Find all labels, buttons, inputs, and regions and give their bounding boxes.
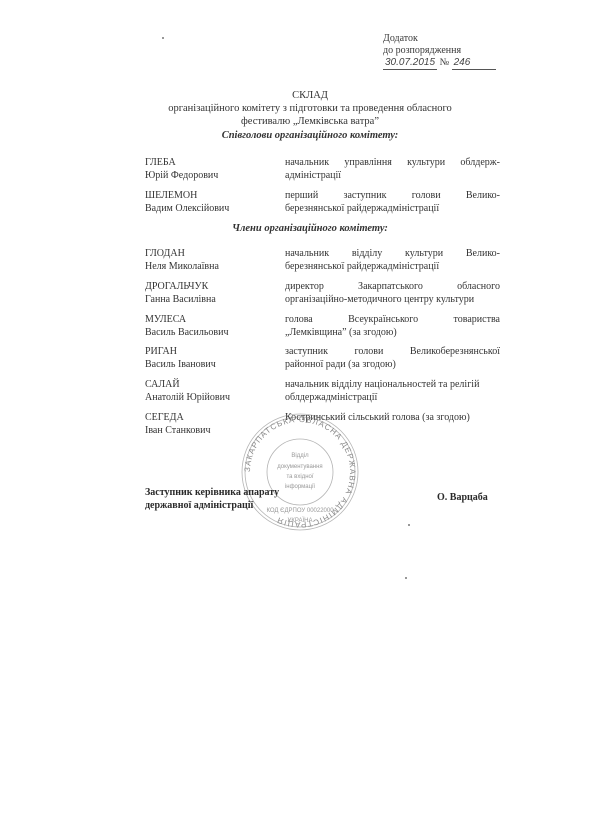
member-name: РИГАН Василь Іванович bbox=[145, 345, 275, 371]
scan-speck bbox=[162, 37, 164, 39]
scan-speck bbox=[408, 524, 410, 526]
member-surname: ШЕЛЕМОН bbox=[145, 189, 275, 202]
member-given-name: Неля Миколаївна bbox=[145, 260, 275, 273]
member-name: ДРОГАЛЬЧУК Ганна Василівна bbox=[145, 280, 275, 306]
member-name: ШЕЛЕМОН Вадим Олексійович bbox=[145, 189, 275, 215]
stamp-inner-1: Відділ bbox=[291, 453, 309, 459]
position-line-2: організаційно-методичного центру культур… bbox=[285, 294, 474, 305]
member-surname: ГЛОДАН bbox=[145, 247, 275, 260]
member-given-name: Василь Васильович bbox=[145, 326, 275, 339]
appendix-label: Додаток bbox=[383, 33, 496, 45]
position-line-2: „Лемківщина” (за згодою) bbox=[285, 327, 397, 338]
member-position: начальник відділу культури Велико- берез… bbox=[285, 247, 500, 273]
order-number: 246 bbox=[452, 57, 496, 70]
title-line-1: організаційного комітету з підготовки та… bbox=[150, 102, 470, 115]
signatory-title-line-1: Заступник керівника апарату bbox=[145, 486, 279, 499]
position-line-1: голова Всеукраїнського товариства bbox=[285, 313, 500, 326]
member-position: заступник голови Великоберезнянської рай… bbox=[285, 345, 500, 371]
member-position: директор Закарпатського обласного органі… bbox=[285, 280, 500, 306]
position-line-2: адміністрації bbox=[285, 170, 341, 181]
section-heading-members: Члени організаційного комітету: bbox=[150, 223, 470, 234]
title-heading: СКЛАД bbox=[150, 89, 470, 102]
stamp-inner-2: документування bbox=[277, 464, 322, 470]
member-position: голова Всеукраїнського товариства „Лемкі… bbox=[285, 313, 500, 339]
official-stamp: ЗАКАРПАТСЬКА ОБЛАСНА ДЕРЖАВНА АДМІНІСТРА… bbox=[240, 412, 360, 532]
member-position: начальник управління культури облдерж- а… bbox=[285, 156, 500, 182]
member-name: ГЛОДАН Неля Миколаївна bbox=[145, 247, 275, 273]
order-date: 30.07.2015 bbox=[383, 57, 437, 70]
member-position: перший заступник голови Велико- березнян… bbox=[285, 189, 500, 215]
appendix-header: Додаток до розпорядження 30.07.2015 № 24… bbox=[383, 33, 496, 70]
position-line-2: березнянської райдержадміністрації bbox=[285, 203, 439, 214]
position-line-2: березнянської райдержадміністрації bbox=[285, 261, 439, 272]
appendix-date-number: 30.07.2015 № 246 bbox=[383, 57, 496, 70]
number-label: № bbox=[440, 57, 450, 68]
member-surname: МУЛЕСА bbox=[145, 313, 275, 326]
position-line-1: начальник відділу культури Велико- bbox=[285, 247, 500, 260]
member-name: ГЛЕБА Юрій Федорович bbox=[145, 156, 275, 182]
member-given-name: Вадим Олексійович bbox=[145, 202, 275, 215]
signatory-title: Заступник керівника апарату державної ад… bbox=[145, 486, 279, 512]
stamp-inner-3: та вхідної bbox=[286, 474, 313, 480]
appendix-order-label: до розпорядження bbox=[383, 45, 496, 57]
position-line-2: районної ради (за згодою) bbox=[285, 359, 396, 370]
stamp-country: УКРАЇНА bbox=[288, 517, 313, 524]
scan-speck bbox=[405, 577, 407, 579]
position-line-1: начальник відділу національностей та рел… bbox=[285, 378, 500, 391]
title-line-2: фестивалю „Лемківська ватра” bbox=[150, 115, 470, 128]
member-position: начальник відділу національностей та рел… bbox=[285, 378, 500, 404]
member-given-name: Юрій Федорович bbox=[145, 169, 275, 182]
member-surname: РИГАН bbox=[145, 345, 275, 358]
position-line-1: перший заступник голови Велико- bbox=[285, 189, 500, 202]
member-given-name: Василь Іванович bbox=[145, 358, 275, 371]
document-title: СКЛАД організаційного комітету з підгото… bbox=[150, 89, 470, 128]
section-heading-cochairs: Співголови організаційного комітету: bbox=[150, 130, 470, 141]
signatory-name: О. Варцаба bbox=[437, 492, 488, 503]
member-given-name: Ганна Василівна bbox=[145, 293, 275, 306]
stamp-inner-4: інформації bbox=[285, 484, 315, 490]
position-line-1: заступник голови Великоберезнянської bbox=[285, 345, 500, 358]
member-surname: ДРОГАЛЬЧУК bbox=[145, 280, 275, 293]
member-surname: САЛАЙ bbox=[145, 378, 275, 391]
position-line-1: начальник управління культури облдерж- bbox=[285, 156, 500, 169]
member-name: МУЛЕСА Василь Васильович bbox=[145, 313, 275, 339]
signatory-title-line-2: державної адміністрації bbox=[145, 499, 279, 512]
member-name: САЛАЙ Анатолій Юрійович bbox=[145, 378, 275, 404]
position-line-1: директор Закарпатського обласного bbox=[285, 280, 500, 293]
member-surname: ГЛЕБА bbox=[145, 156, 275, 169]
position-line-2: облдержадміністрації bbox=[285, 392, 377, 403]
member-given-name: Анатолій Юрійович bbox=[145, 391, 275, 404]
